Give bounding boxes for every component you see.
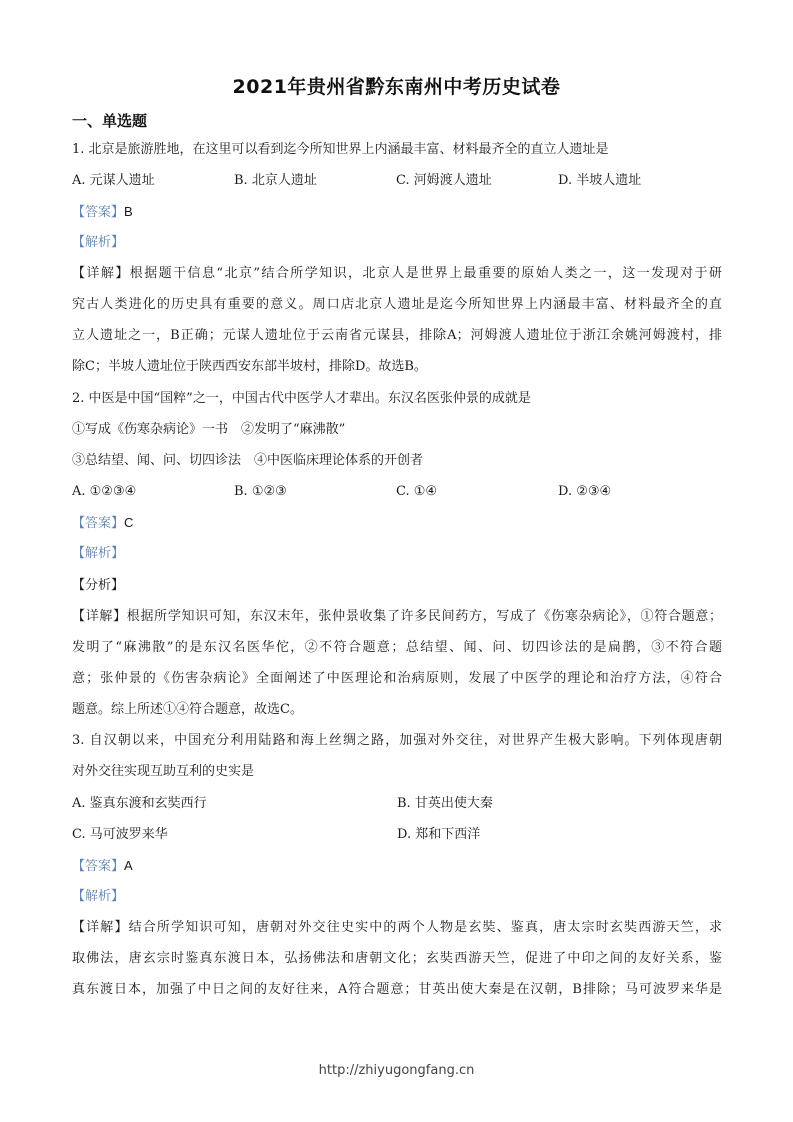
- option-b: B. 北京人遗址: [234, 172, 396, 190]
- analysis-label: 【解析】: [72, 545, 722, 563]
- question-2-answer: 【答案】C: [72, 514, 722, 533]
- question-3-options-row-1: A. 鉴真东渡和玄奘西行 B. 甘英出使大秦: [72, 795, 722, 813]
- detail-label: 【详解】: [72, 920, 129, 935]
- question-2-stem: 2. 中医是中国“国粹”之一，中国古代中医学人才辈出。东汉名医张仲景的成就是: [72, 390, 722, 408]
- answer-value: B: [124, 204, 133, 219]
- option-b: B. ①②③: [234, 483, 396, 501]
- option-a: A. 元谋人遗址: [72, 172, 234, 190]
- detail-text: 根据所学知识可知，东汉末年，张仲景收集了许多民间药方，写成了《伤寒杂病论》，①符…: [127, 609, 722, 624]
- detail-text: 根据题干信息“北京”结合所学知识，北京人是世界上最重要的原始人类之一，这一发现对…: [130, 266, 722, 281]
- answer-label: 【答案】: [72, 205, 124, 220]
- question-3-detail-line: 真东渡日本，加强了中日之间的友好往来，A符合题意；甘英出使大秦是在汉朝，B排除；…: [72, 981, 722, 999]
- question-3-stem: 3. 自汉朝以来，中国充分利用陆路和海上丝绸之路，加强对外交往，对世界产生极大影…: [72, 732, 722, 750]
- detail-label: 【详解】: [72, 609, 127, 624]
- question-1-detail-line: 除C；半坡人遗址位于陕西西安东部半坡村，排除D。故选B。: [72, 358, 722, 376]
- question-2-statement: ③总结望、闻、问、切四诊法 ④中医临床理论体系的开创者: [72, 452, 722, 470]
- question-3-detail-line: 【详解】结合所学知识可知，唐朝对外交往史实中的两个人物是玄奘、鉴真，唐太宗时玄奘…: [72, 919, 722, 937]
- answer-value: C: [124, 515, 133, 530]
- question-2-detail-line: 意；张仲景的《伤害杂病论》全面阐述了中医理论和治病原则，发展了中医学的理论和治疗…: [72, 670, 722, 688]
- section-heading: 一、单选题: [72, 110, 147, 131]
- option-b: B. 甘英出使大秦: [397, 795, 722, 813]
- detail-label: 【详解】: [72, 266, 130, 281]
- answer-label: 【答案】: [72, 859, 124, 874]
- question-2-detail-line: 发明了“麻沸散”的是东汉名医华佗，②不符合题意；总结望、闻、问、切四诊法的是扁鹊…: [72, 639, 722, 657]
- option-d: D. 半坡人遗址: [558, 172, 720, 190]
- analysis-sub-label: 【分析】: [72, 577, 722, 595]
- option-a: A. ①②③④: [72, 483, 234, 501]
- detail-text: 结合所学知识可知，唐朝对外交往史实中的两个人物是玄奘、鉴真，唐太宗时玄奘西游天竺…: [129, 920, 722, 935]
- analysis-label: 【解析】: [72, 234, 722, 252]
- option-d: D. ②③④: [558, 483, 720, 501]
- footer-url: http://zhiyugongfang.cn: [0, 1063, 793, 1078]
- option-c: C. 河姆渡人遗址: [396, 172, 558, 190]
- analysis-label: 【解析】: [72, 888, 722, 906]
- question-1-detail-line: 【详解】根据题干信息“北京”结合所学知识，北京人是世界上最重要的原始人类之一，这…: [72, 265, 722, 283]
- question-1-detail-line: 究古人类进化的历史具有重要的意义。周口店北京人遗址是迄今所知世界上内涵最丰富、材…: [72, 296, 722, 314]
- question-2-detail-line: 【详解】根据所学知识可知，东汉末年，张仲景收集了许多民间药方，写成了《伤寒杂病论…: [72, 608, 722, 626]
- answer-label: 【答案】: [72, 516, 124, 531]
- question-2-options: A. ①②③④ B. ①②③ C. ①④ D. ②③④: [72, 483, 722, 501]
- document-page: 2021年贵州省黔东南州中考历史试卷 一、单选题 1. 北京是旅游胜地，在这里可…: [0, 0, 793, 1122]
- question-1-options: A. 元谋人遗址 B. 北京人遗址 C. 河姆渡人遗址 D. 半坡人遗址: [72, 172, 722, 190]
- question-3-options-row-2: C. 马可波罗来华 D. 郑和下西洋: [72, 826, 722, 844]
- question-3-stem: 对外交往实现互助互利的史实是: [72, 763, 722, 781]
- option-c: C. 马可波罗来华: [72, 826, 397, 844]
- question-3-detail-line: 取佛法，唐玄宗时鉴真东渡日本，弘扬佛法和唐朝文化；玄奘西游天竺，促进了中印之间的…: [72, 950, 722, 968]
- option-a: A. 鉴真东渡和玄奘西行: [72, 795, 397, 813]
- page-title: 2021年贵州省黔东南州中考历史试卷: [0, 72, 793, 99]
- question-2-detail-line: 题意。综上所述①④符合题意，故选C。: [72, 701, 722, 719]
- question-1-detail-line: 立人遗址之一，B正确；元谋人遗址位于云南省元谋县，排除A；河姆渡人遗址位于浙江余…: [72, 327, 722, 345]
- answer-value: A: [124, 858, 133, 873]
- question-3-answer: 【答案】A: [72, 857, 722, 876]
- question-1-stem: 1. 北京是旅游胜地，在这里可以看到迄今所知世界上内涵最丰富、材料最齐全的直立人…: [72, 141, 722, 159]
- option-c: C. ①④: [396, 483, 558, 501]
- question-2-statement: ①写成《伤寒杂病论》一书 ②发明了“麻沸散”: [72, 421, 722, 439]
- question-1-answer: 【答案】B: [72, 203, 722, 222]
- option-d: D. 郑和下西洋: [397, 826, 722, 844]
